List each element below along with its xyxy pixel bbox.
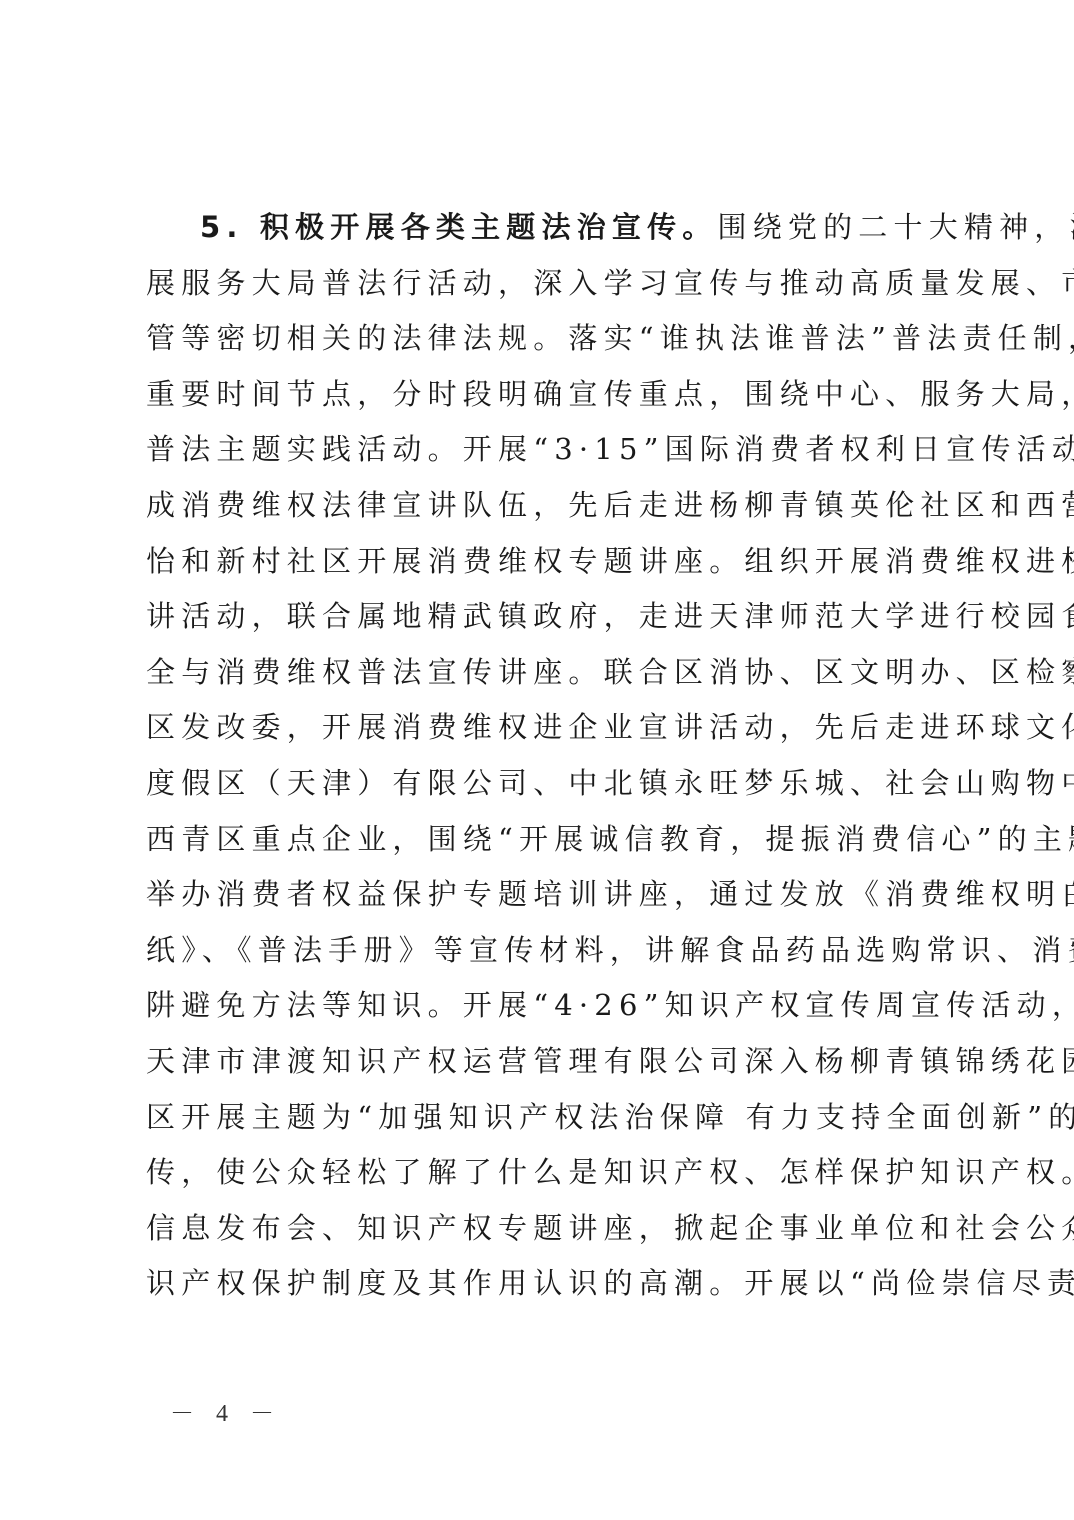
- paragraph-line: 展服务大局普法行活动，深入学习宣传与推动高质量发展、市场监: [146, 256, 946, 312]
- paragraph-line: 信息发布会、知识产权专题讲座，掀起企事业单位和社会公众对知: [146, 1201, 946, 1257]
- paragraph-line: 天津市津渡知识产权运营管理有限公司深入杨柳青镇锦绣花园社: [146, 1034, 946, 1090]
- paragraph-line: 阱避免方法等知识。开展“4·26”知识产权宣传周宣传活动，联合: [146, 978, 946, 1034]
- paragraph-line: 西青区重点企业，围绕“开展诚信教育，提振消费信心”的主题，: [146, 812, 946, 868]
- paragraph-line: 普法主题实践活动。开展“3·15”国际消费者权利日宣传活动，组: [146, 422, 946, 478]
- paragraph-line: 识产权保护制度及其作用认识的高潮。开展以“尚俭崇信尽责 同: [146, 1256, 946, 1312]
- paragraph-line: 区发改委，开展消费维权进企业宣讲活动，先后走进环球文化旅游: [146, 700, 946, 756]
- paragraph-line: 讲活动，联合属地精武镇政府，走进天津师范大学进行校园食品安: [146, 589, 946, 645]
- paragraph-body: 5. 积极开展各类主题法治宣传。围绕党的二十大精神，深入开 展服务大局普法行活动…: [146, 200, 946, 1312]
- paragraph-line: 重要时间节点，分时段明确宣传重点，围绕中心、服务大局，开展: [146, 367, 946, 423]
- paragraph-line: 成消费维权法律宣讲队伍，先后走进杨柳青镇英伦社区和西营门街: [146, 478, 946, 534]
- paragraph-line: 传，使公众轻松了解了什么是知识产权、怎样保护知识产权。通过: [146, 1145, 946, 1201]
- paragraph-line: 区开展主题为“加强知识产权法治保障 有力支持全面创新”的宣: [146, 1090, 946, 1146]
- paragraph-line: 度假区（天津）有限公司、中北镇永旺梦乐城、社会山购物中心等: [146, 756, 946, 812]
- page-number: － 4 －: [170, 1393, 282, 1428]
- paragraph-line: 管等密切相关的法律法规。落实“谁执法谁普法”普法责任制，利用: [146, 311, 946, 367]
- paragraph-line: 围绕党的二十大精神，深入开: [718, 210, 1074, 244]
- paragraph-line: 怡和新村社区开展消费维权专题讲座。组织开展消费维权进校园宣: [146, 534, 946, 590]
- paragraph-first-line: 5. 积极开展各类主题法治宣传。围绕党的二十大精神，深入开: [146, 200, 946, 256]
- paragraph-line: 举办消费者权益保护专题培训讲座，通过发放《消费维权明白: [146, 867, 946, 923]
- section-heading: 5. 积极开展各类主题法治宣传。: [200, 210, 718, 244]
- paragraph-line: 纸》、《普法手册》等宣传材料，讲解食品药品选购常识、消费陷: [146, 923, 946, 979]
- paragraph-line: 全与消费维权普法宣传讲座。联合区消协、区文明办、区检察院、: [146, 645, 946, 701]
- document-page: 5. 积极开展各类主题法治宣传。围绕党的二十大精神，深入开 展服务大局普法行活动…: [0, 0, 1074, 1520]
